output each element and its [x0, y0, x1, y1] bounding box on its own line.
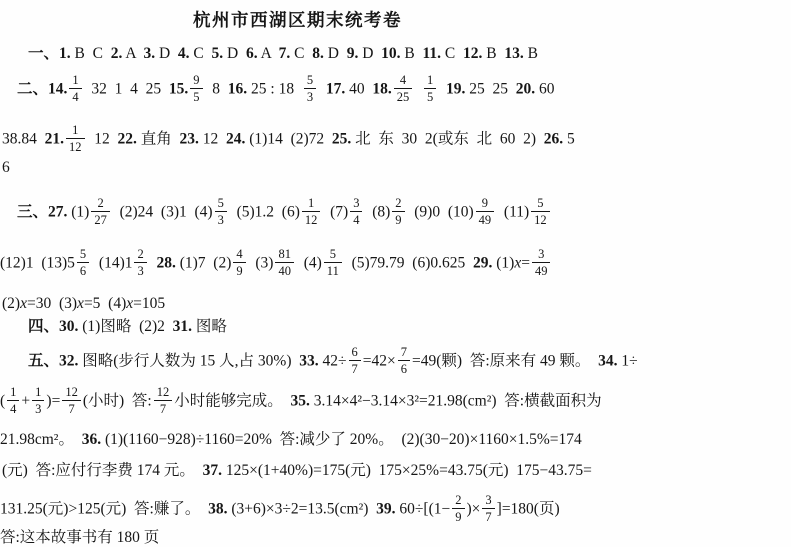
question-number: 6. — [246, 45, 258, 62]
fraction-denominator: 6 — [77, 263, 89, 278]
answer-text: (12)1 (13)5 — [0, 254, 75, 271]
answer-text: 60÷[(1− — [396, 500, 451, 517]
answer-text: 125×(1+40%)=175(元) 175×25%=43.75(元) 175−… — [222, 462, 592, 479]
answer-text: 38.84 — [2, 130, 45, 147]
question-number: 31. — [173, 318, 192, 335]
answer-text: 图略(步行人数为 15 人,占 30%) — [78, 352, 299, 369]
question-number: 28. — [156, 254, 175, 271]
fraction-numerator: 5 — [215, 196, 227, 212]
fraction: 56 — [77, 247, 89, 279]
fraction: 23 — [134, 247, 146, 279]
answer-line-7: (2)x=30 (3)x=5 (4)x=105 — [2, 294, 165, 314]
fraction-numerator: 1 — [69, 73, 81, 89]
fraction: 29 — [392, 196, 404, 228]
answer-text: 40 — [345, 80, 372, 97]
fraction: 49 — [233, 247, 245, 279]
fraction-numerator: 2 — [91, 196, 110, 212]
question-number: 24. — [226, 130, 245, 147]
answer-text: B C — [71, 45, 111, 62]
answer-text: D — [358, 45, 381, 62]
answer-line-8: 四、30. (1)图略 (2)2 31. 图略 — [28, 317, 227, 337]
fraction-denominator: 3 — [134, 263, 146, 278]
question-number: 29. — [473, 254, 492, 271]
question-number: 11. — [423, 45, 442, 62]
answer-text: C — [441, 45, 463, 62]
question-number: 34. — [598, 352, 617, 369]
fraction: 949 — [476, 196, 495, 228]
fraction: 14 — [69, 73, 81, 105]
answer-text: (5)1.2 (6) — [229, 203, 300, 220]
answer-line-10: (14+13)=127(小时) 答:127小时能够完成。 35. 3.14×4²… — [0, 386, 602, 418]
fraction-denominator: 49 — [476, 212, 495, 227]
answer-text: 1÷ — [618, 352, 638, 369]
question-number: 一、1. — [28, 45, 71, 62]
fraction-denominator: 3 — [215, 212, 227, 227]
fraction-denominator: 12 — [531, 212, 550, 227]
question-number: 39. — [376, 500, 395, 517]
question-number: 15. — [169, 80, 188, 97]
fraction-denominator: 4 — [350, 212, 362, 227]
fraction-numerator: 2 — [452, 493, 464, 509]
fraction-numerator: 5 — [77, 247, 89, 263]
fraction-denominator: 49 — [532, 263, 551, 278]
fraction: 29 — [452, 493, 464, 525]
question-number: 7. — [279, 45, 291, 62]
fraction-numerator: 5 — [304, 73, 316, 89]
answer-text: ]=180(页) — [497, 500, 560, 517]
answer-text: 25 : 18 — [247, 80, 302, 97]
fraction-denominator: 25 — [394, 89, 413, 104]
answer-line-4: 6 — [2, 158, 10, 178]
question-number: 18. — [372, 80, 391, 97]
answer-text: (8) — [364, 203, 390, 220]
answer-text: (5)79.79 (6)0.625 — [344, 254, 473, 271]
exam-title: 杭州市西湖区期末统考卷 — [193, 7, 402, 32]
answer-text: (1)14 (2)72 — [245, 130, 332, 147]
answer-text: 小时能够完成。 — [174, 392, 290, 409]
question-number: 26. — [544, 130, 563, 147]
fraction-denominator: 6 — [398, 361, 410, 376]
question-number: 38. — [208, 500, 227, 517]
question-number: 8. — [312, 45, 324, 62]
fraction-denominator: 9 — [392, 212, 404, 227]
fraction-denominator: 4 — [69, 89, 81, 104]
answer-text: 5 — [563, 130, 575, 147]
answer-line-5: 三、27. (1)227 (2)24 (3)1 (4)53 (5)1.2 (6)… — [17, 197, 552, 229]
answer-line-3: 38.84 21.112 12 22. 直角 23. 12 24. (1)14 … — [2, 124, 575, 156]
fraction: 15 — [424, 73, 436, 105]
fraction-numerator: 1 — [32, 385, 44, 401]
answer-text: (7) — [322, 203, 348, 220]
question-number: 16. — [228, 80, 247, 97]
fraction-denominator: 4 — [7, 401, 19, 416]
question-number: 35. — [290, 392, 309, 409]
answer-text: 8 — [205, 80, 228, 97]
answer-text: (4) — [296, 254, 322, 271]
fraction-numerator: 3 — [482, 493, 494, 509]
answer-text: 6 — [2, 159, 10, 176]
fraction-denominator: 9 — [233, 263, 245, 278]
question-number: 17. — [326, 80, 345, 97]
question-number: 四、30. — [28, 318, 78, 335]
fraction-numerator: 2 — [134, 247, 146, 263]
fraction-denominator: 5 — [424, 89, 436, 104]
answer-text — [438, 80, 446, 97]
answer-text: )× — [467, 500, 481, 517]
fraction: 37 — [482, 493, 494, 525]
fraction-numerator: 9 — [476, 196, 495, 212]
fraction: 512 — [531, 196, 550, 228]
fraction-denominator: 40 — [275, 263, 294, 278]
answer-text: (1) — [67, 203, 89, 220]
fraction: 425 — [394, 73, 413, 105]
fraction-numerator: 1 — [424, 73, 436, 89]
answer-text: (3+6)×3÷2=13.5(cm²) — [227, 500, 376, 517]
fraction-numerator: 6 — [349, 345, 361, 361]
answer-text: A — [122, 45, 143, 62]
answer-line-13: 131.25(元)>125(元) 答:赚了。 38. (3+6)×3÷2=13.… — [0, 494, 560, 526]
fraction-numerator: 9 — [190, 73, 202, 89]
fraction: 67 — [349, 345, 361, 377]
fraction-numerator: 7 — [398, 345, 410, 361]
answer-text: =42× — [363, 352, 396, 369]
answer-text: 21.98cm²。 — [0, 431, 82, 448]
answer-text: 12 — [199, 130, 226, 147]
fraction: 53 — [304, 73, 316, 105]
fraction-denominator: 3 — [32, 401, 44, 416]
fraction-denominator: 5 — [190, 89, 202, 104]
answer-text: (1)图略 (2)2 — [78, 318, 172, 335]
fraction-numerator: 5 — [531, 196, 550, 212]
fraction-denominator: 27 — [91, 212, 110, 227]
answer-text: (小时) 答: — [83, 392, 152, 409]
fraction-numerator: 1 — [302, 196, 321, 212]
question-number: 五、32. — [28, 352, 78, 369]
variable: x — [77, 295, 84, 312]
answer-line-14: 答:这本故事书有 180 页 — [0, 528, 159, 547]
answer-text: (2)24 (3)1 (4) — [112, 203, 213, 220]
fraction-numerator: 4 — [394, 73, 413, 89]
answer-text: (1)7 (2) — [176, 254, 232, 271]
fraction-numerator: 3 — [350, 196, 362, 212]
answer-text: (14)1 — [91, 254, 132, 271]
answer-text: (2) — [2, 295, 20, 312]
answer-text: C — [290, 45, 312, 62]
answer-text: (元) 答:应付行李费 174 元。 — [2, 462, 203, 479]
fraction-denominator: 7 — [482, 509, 494, 524]
fraction-numerator: 2 — [392, 196, 404, 212]
fraction-numerator: 1 — [7, 385, 19, 401]
answer-text: =49(颗) 答:原来有 49 颗。 — [412, 352, 598, 369]
answer-text: 12 — [87, 130, 118, 147]
fraction-numerator: 12 — [62, 385, 81, 401]
answer-text: B — [401, 45, 423, 62]
question-number: 二、14. — [17, 80, 67, 97]
answer-text: (1) — [492, 254, 514, 271]
question-number: 20. — [516, 80, 535, 97]
answer-line-1: 一、1. B C 2. A 3. D 4. C 5. D 6. A 7. C 8… — [28, 44, 538, 64]
answer-text: B — [524, 45, 538, 62]
question-number: 21. — [45, 130, 64, 147]
fraction-denominator: 9 — [452, 509, 464, 524]
fraction-denominator: 12 — [66, 139, 85, 154]
question-number: 5. — [211, 45, 223, 62]
fraction: 14 — [7, 385, 19, 417]
answer-text: 131.25(元)>125(元) 答:赚了。 — [0, 500, 208, 517]
answer-text: 3.14×4²−3.14×3²=21.98(cm²) 答:横截面积为 — [310, 392, 602, 409]
fraction: 227 — [91, 196, 110, 228]
fraction-numerator: 81 — [275, 247, 294, 263]
question-number: 22. — [118, 130, 137, 147]
fraction-denominator: 7 — [349, 361, 361, 376]
question-number: 3. — [143, 45, 155, 62]
answer-text: 25 25 — [465, 80, 515, 97]
answer-text: 北 东 30 2(或东 北 60 2) — [351, 130, 543, 147]
answer-text: B — [482, 45, 504, 62]
answer-line-2: 二、14.14 32 1 4 25 15.95 8 16. 25 : 18 53… — [17, 74, 554, 106]
answer-line-12: (元) 答:应付行李费 174 元。 37. 125×(1+40%)=175(元… — [2, 461, 592, 481]
fraction-denominator: 7 — [154, 401, 173, 416]
fraction: 95 — [190, 73, 202, 105]
answer-text: D — [155, 45, 178, 62]
document-page: 杭州市西湖区期末统考卷 一、1. B C 2. A 3. D 4. C 5. D… — [0, 0, 791, 547]
answer-text: A — [258, 45, 279, 62]
answer-text — [414, 80, 422, 97]
answer-text: 60 — [535, 80, 554, 97]
answer-text: ( — [0, 392, 5, 409]
fraction: 511 — [324, 247, 342, 279]
question-number: 23. — [180, 130, 199, 147]
answer-text: 直角 — [137, 130, 180, 147]
question-number: 25. — [332, 130, 351, 147]
fraction-numerator: 3 — [532, 247, 551, 263]
answer-text: (11) — [496, 203, 529, 220]
question-number: 19. — [446, 80, 465, 97]
fraction: 112 — [302, 196, 321, 228]
fraction: 53 — [215, 196, 227, 228]
question-number: 2. — [111, 45, 123, 62]
question-number: 4. — [178, 45, 190, 62]
fraction-denominator: 12 — [302, 212, 321, 227]
question-number: 37. — [203, 462, 222, 479]
fraction: 112 — [66, 123, 85, 155]
question-number: 9. — [347, 45, 359, 62]
question-number: 13. — [504, 45, 523, 62]
fraction-numerator: 5 — [324, 247, 342, 263]
answer-text: 42÷ — [319, 352, 347, 369]
answer-text: 答:这本故事书有 180 页 — [0, 529, 159, 546]
question-number: 10. — [381, 45, 400, 62]
fraction: 13 — [32, 385, 44, 417]
answer-text: D — [223, 45, 246, 62]
answer-text: 32 1 4 25 — [84, 80, 169, 97]
fraction-numerator: 4 — [233, 247, 245, 263]
answer-text: =30 (3) — [27, 295, 77, 312]
fraction-numerator: 1 — [66, 123, 85, 139]
variable: x — [20, 295, 27, 312]
fraction: 76 — [398, 345, 410, 377]
question-number: 36. — [82, 431, 101, 448]
fraction-denominator: 7 — [62, 401, 81, 416]
answer-text: (3) — [248, 254, 274, 271]
fraction: 127 — [154, 385, 173, 417]
answer-text: (9)0 (10) — [407, 203, 474, 220]
fraction: 349 — [532, 247, 551, 279]
answer-text: D — [324, 45, 347, 62]
answer-text: 图略 — [192, 318, 227, 335]
answer-line-9: 五、32. 图略(步行人数为 15 人,占 30%) 33. 42÷67=42×… — [28, 346, 638, 378]
answer-text — [318, 80, 326, 97]
answer-line-6: (12)1 (13)556 (14)123 28. (1)7 (2)49 (3)… — [0, 248, 552, 280]
answer-text: (1)(1160−928)÷1160=20% 答:减少了 20%。 (2)(30… — [101, 431, 582, 448]
question-number: 12. — [463, 45, 482, 62]
question-number: 三、27. — [17, 203, 67, 220]
answer-text: =105 — [133, 295, 165, 312]
fraction: 8140 — [275, 247, 294, 279]
answer-text: C — [190, 45, 212, 62]
fraction: 34 — [350, 196, 362, 228]
answer-line-11: 21.98cm²。 36. (1)(1160−928)÷1160=20% 答:减… — [0, 430, 582, 450]
answer-text: =5 (4) — [84, 295, 126, 312]
fraction-denominator: 3 — [304, 89, 316, 104]
question-number: 33. — [299, 352, 318, 369]
fraction-denominator: 11 — [324, 263, 342, 278]
answer-text: )= — [46, 392, 60, 409]
fraction-numerator: 12 — [154, 385, 173, 401]
answer-text: = — [521, 254, 530, 271]
fraction: 127 — [62, 385, 81, 417]
answer-text: + — [21, 392, 30, 409]
